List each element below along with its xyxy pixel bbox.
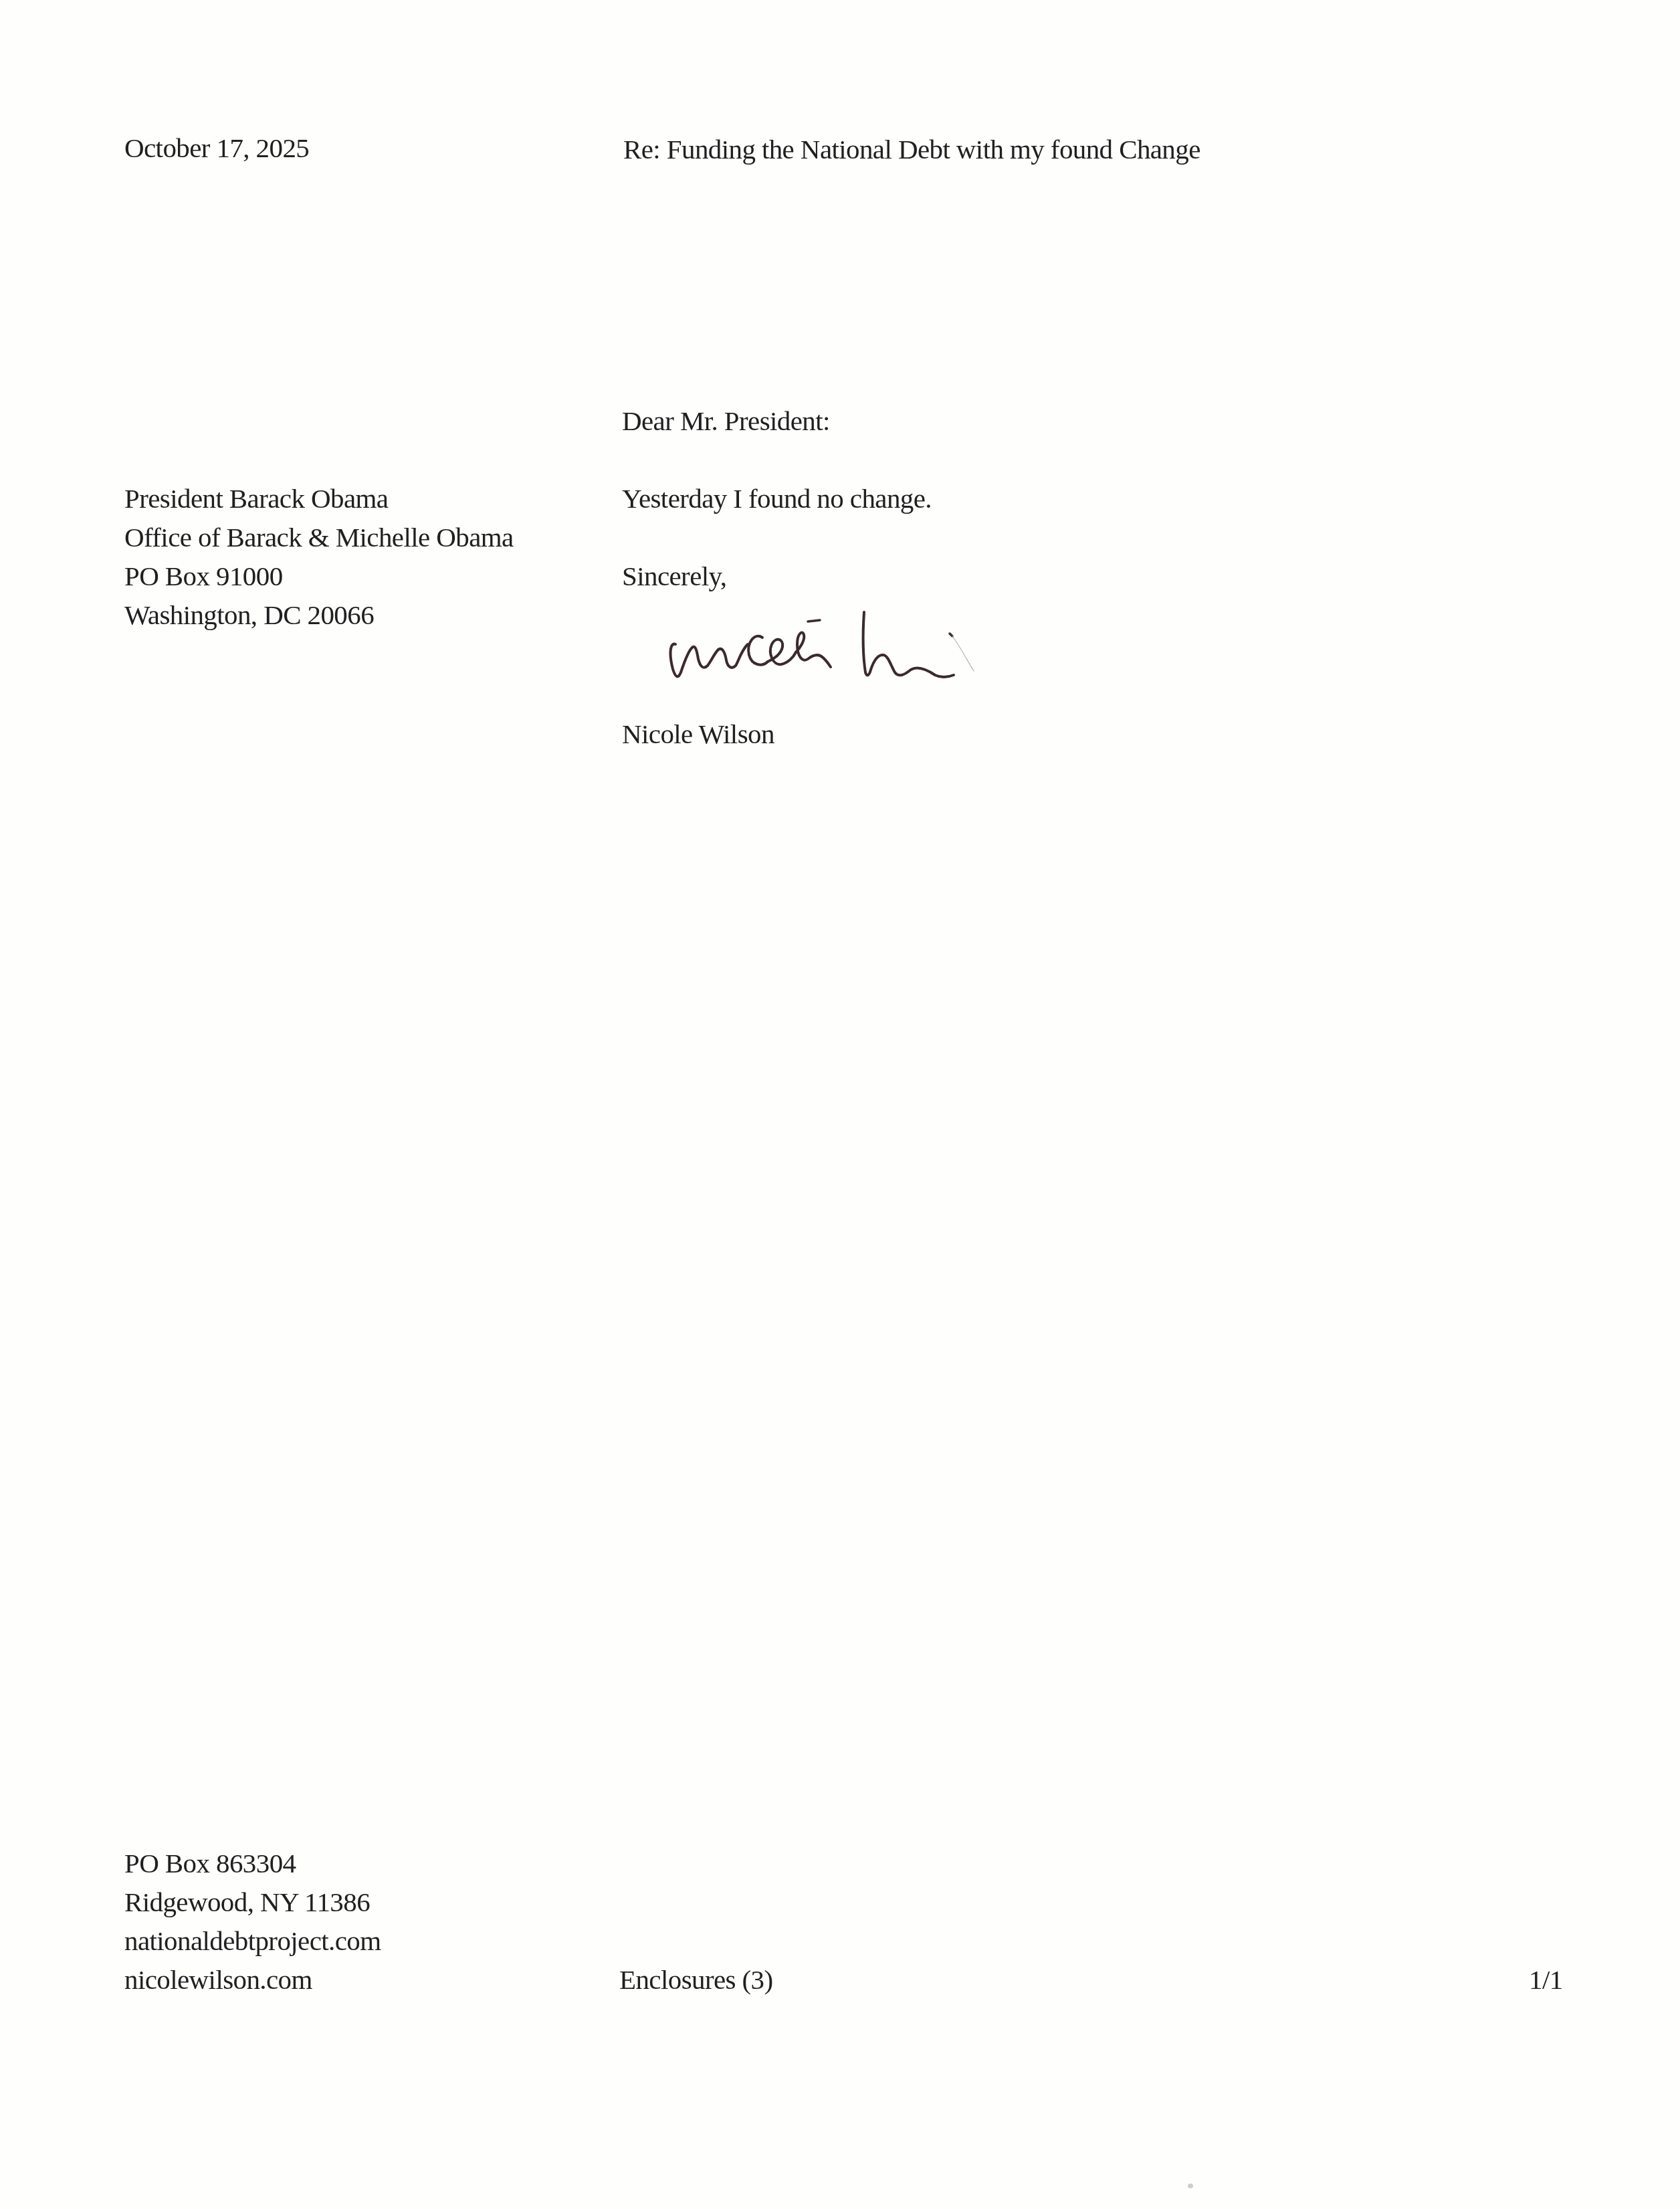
sender-city: Ridgewood, NY 11386 [124, 1883, 381, 1921]
sender-address: PO Box 863304 Ridgewood, NY 11386 nation… [124, 1844, 381, 1999]
recipient-po-box: PO Box 91000 [124, 557, 514, 595]
sender-website-project[interactable]: nationaldebtproject.com [124, 1921, 381, 1960]
letter-date: October 17, 2025 [124, 128, 309, 167]
signature-icon [662, 605, 976, 689]
sender-po-box: PO Box 863304 [124, 1844, 381, 1883]
recipient-address: President Barack Obama Office of Barack … [124, 479, 514, 634]
signer-name: Nicole Wilson [622, 714, 774, 753]
closing: Sincerely, [622, 557, 726, 595]
salutation: Dear Mr. President: [622, 401, 830, 440]
letter-body: Yesterday I found no change. [622, 479, 932, 518]
recipient-name: President Barack Obama [124, 479, 514, 518]
letter-page: October 17, 2025 Re: Funding the Nationa… [0, 0, 1680, 2209]
recipient-office: Office of Barack & Michelle Obama [124, 518, 514, 557]
recipient-city: Washington, DC 20066 [124, 595, 514, 634]
letter-subject: Re: Funding the National Debt with my fo… [623, 130, 1200, 169]
sender-website-personal[interactable]: nicolewilson.com [124, 1960, 381, 1999]
page-number: 1/1 [1529, 1960, 1563, 1999]
paper-speck [1188, 2184, 1193, 2188]
enclosures-note: Enclosures (3) [619, 1960, 773, 1999]
